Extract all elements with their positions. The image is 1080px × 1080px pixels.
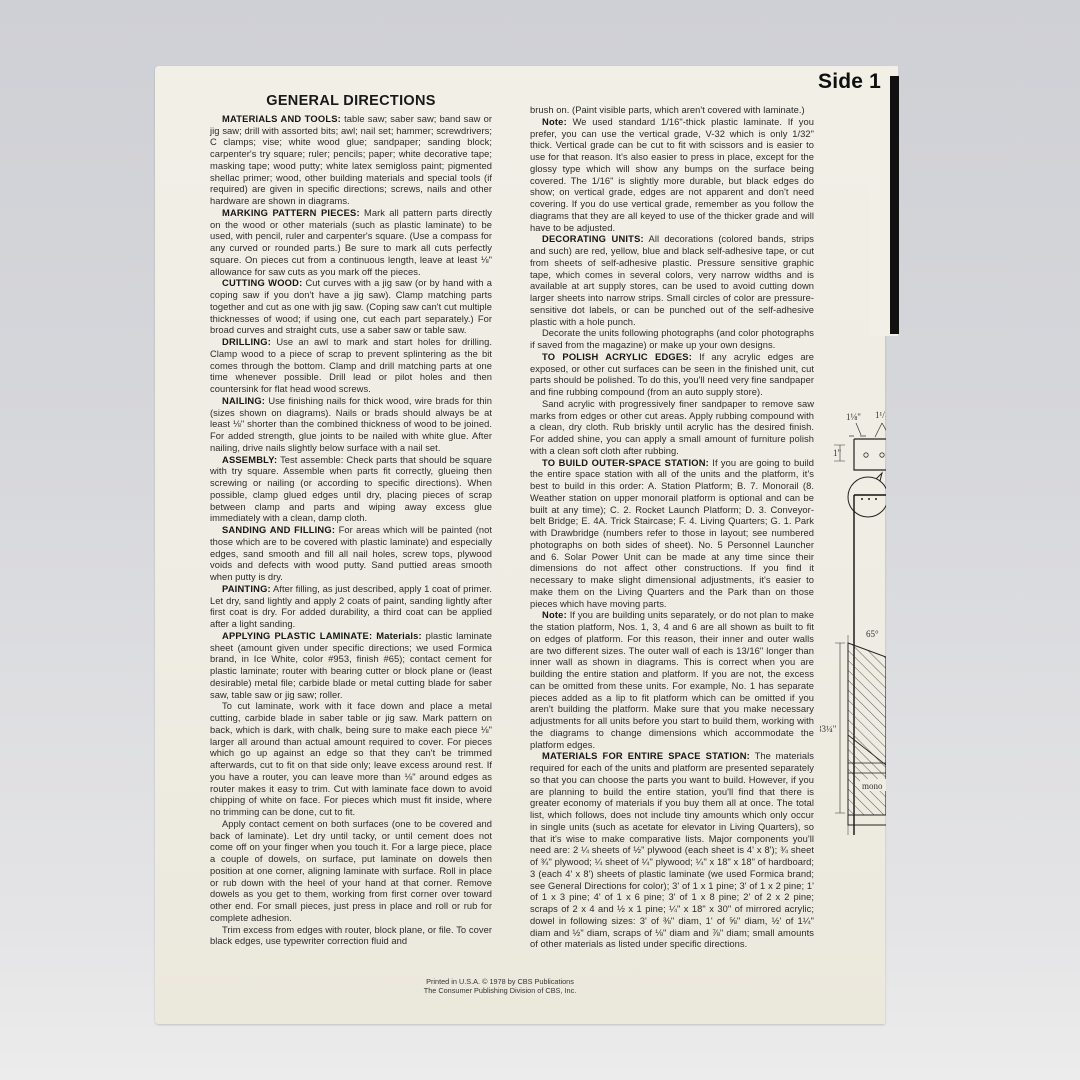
paragraph: MARKING PATTERN PIECES: Mark all pattern… [210, 208, 492, 279]
paragraph: APPLYING PLASTIC LAMINATE: Materials: pl… [210, 631, 492, 702]
paragraph-heading: NAILING: [222, 396, 265, 406]
paragraph: Note: If you are building units separate… [530, 610, 814, 751]
paragraph-text: All decorations (colored bands, strips a… [530, 234, 814, 326]
black-edge-strip [890, 76, 899, 334]
paragraph: Sand acrylic with progressively finer sa… [530, 399, 814, 458]
paragraph-heading: DECORATING UNITS: [542, 234, 644, 244]
paragraph: DRILLING: Use an awl to mark and start h… [210, 337, 492, 396]
paragraph-heading: TO POLISH ACRYLIC EDGES: [542, 352, 692, 362]
diagram-label: 1" [833, 448, 842, 458]
paragraph: Decorate the units following photographs… [530, 328, 814, 352]
side-label: Side 1 [818, 70, 881, 94]
paragraph-heading: MATERIALS FOR ENTIRE SPACE STATION: [542, 751, 750, 761]
paragraph: ASSEMBLY: Test assemble: Check parts tha… [210, 455, 492, 526]
paragraph: Apply contact cement on both surfaces (o… [210, 819, 492, 925]
paragraph-text: Trim excess from edges with router, bloc… [210, 925, 492, 947]
paragraph: MATERIALS AND TOOLS: table saw; saber sa… [210, 114, 492, 208]
paragraph-text: To cut laminate, work with it face down … [210, 701, 492, 817]
paragraph: MATERIALS FOR ENTIRE SPACE STATION: The … [530, 751, 814, 951]
diagram-label: 65° [866, 629, 879, 639]
paragraph-text: plastic laminate sheet (amount given und… [210, 631, 492, 700]
paragraph-heading: PAINTING: [222, 584, 271, 594]
paragraph: NAILING: Use finishing nails for thick w… [210, 396, 492, 455]
diagram-label: 1⅛" [846, 412, 861, 422]
footer-publisher-line: The Consumer Publishing Division of CBS,… [400, 986, 600, 995]
paragraph: To cut laminate, work with it face down … [210, 701, 492, 819]
paragraph-text: Mark all pattern parts directly on the w… [210, 208, 492, 277]
paragraph: Note: We used standard 1/16"-thick plast… [530, 117, 814, 235]
paragraph: TO POLISH ACRYLIC EDGES: If any acrylic … [530, 352, 814, 399]
paragraph: TO BUILD OUTER-SPACE STATION: If you are… [530, 458, 814, 611]
paragraph-heading: Note: [542, 610, 567, 620]
paragraph-heading: ASSEMBLY: [222, 455, 277, 465]
page-title: GENERAL DIRECTIONS [210, 96, 492, 108]
diagram-drawing: 1⅛" 1¹/₁₆" 1" 65° 33¼" mono [820, 395, 886, 835]
paragraph-text: Decorate the units following photographs… [530, 328, 814, 350]
diagram-label: 33¼" [820, 724, 837, 734]
right-paragraphs: brush on. (Paint visible parts, which ar… [530, 105, 814, 951]
paragraph: PAINTING: After filling, as just describ… [210, 584, 492, 631]
footer-printed-line: Printed in U.S.A. © 1978 by CBS Publicat… [400, 977, 600, 986]
paragraph-heading: SANDING AND FILLING: [222, 525, 335, 535]
partial-diagram: 1⅛" 1¹/₁₆" 1" 65° 33¼" mono [820, 395, 886, 835]
paragraph-text: brush on. (Paint visible parts, which ar… [530, 105, 805, 115]
paragraph-heading: Note: [542, 117, 567, 127]
paragraph-heading: CUTTING WOOD: [222, 278, 302, 288]
paragraph-text: We used standard 1/16"-thick plastic lam… [530, 117, 814, 233]
paragraph-text: Sand acrylic with progressively finer sa… [530, 399, 814, 456]
paragraph-text: If you are going to build the entire spa… [530, 458, 814, 609]
right-column: brush on. (Paint visible parts, which ar… [530, 105, 814, 951]
paragraph-text: The materials required for each of the u… [530, 751, 814, 949]
paragraph-text: If you are building units separately, or… [530, 610, 814, 749]
paragraph-heading: MATERIALS AND TOOLS: [222, 114, 341, 124]
diagram-label: 1¹/₁₆" [875, 410, 886, 420]
paragraph-heading: APPLYING PLASTIC LAMINATE: Materials: [222, 631, 422, 641]
copyright-footer: Printed in U.S.A. © 1978 by CBS Publicat… [400, 977, 600, 995]
paragraph-heading: TO BUILD OUTER-SPACE STATION: [542, 458, 709, 468]
paragraph: Trim excess from edges with router, bloc… [210, 925, 492, 949]
paragraph-heading: MARKING PATTERN PIECES: [222, 208, 360, 218]
paragraph: brush on. (Paint visible parts, which ar… [530, 105, 814, 117]
left-paragraphs: MATERIALS AND TOOLS: table saw; saber sa… [210, 114, 492, 948]
paragraph: DECORATING UNITS: All decorations (color… [530, 234, 814, 328]
paragraph-text: Apply contact cement on both surfaces (o… [210, 819, 492, 923]
diagram-label: mono [862, 781, 883, 791]
left-column: GENERAL DIRECTIONS MATERIALS AND TOOLS: … [210, 92, 492, 948]
paragraph-text: table saw; saber saw; band saw or jig sa… [210, 114, 492, 206]
paragraph-heading: DRILLING: [222, 337, 271, 347]
paragraph: SANDING AND FILLING: For areas which wil… [210, 525, 492, 584]
paragraph: CUTTING WOOD: Cut curves with a jig saw … [210, 278, 492, 337]
